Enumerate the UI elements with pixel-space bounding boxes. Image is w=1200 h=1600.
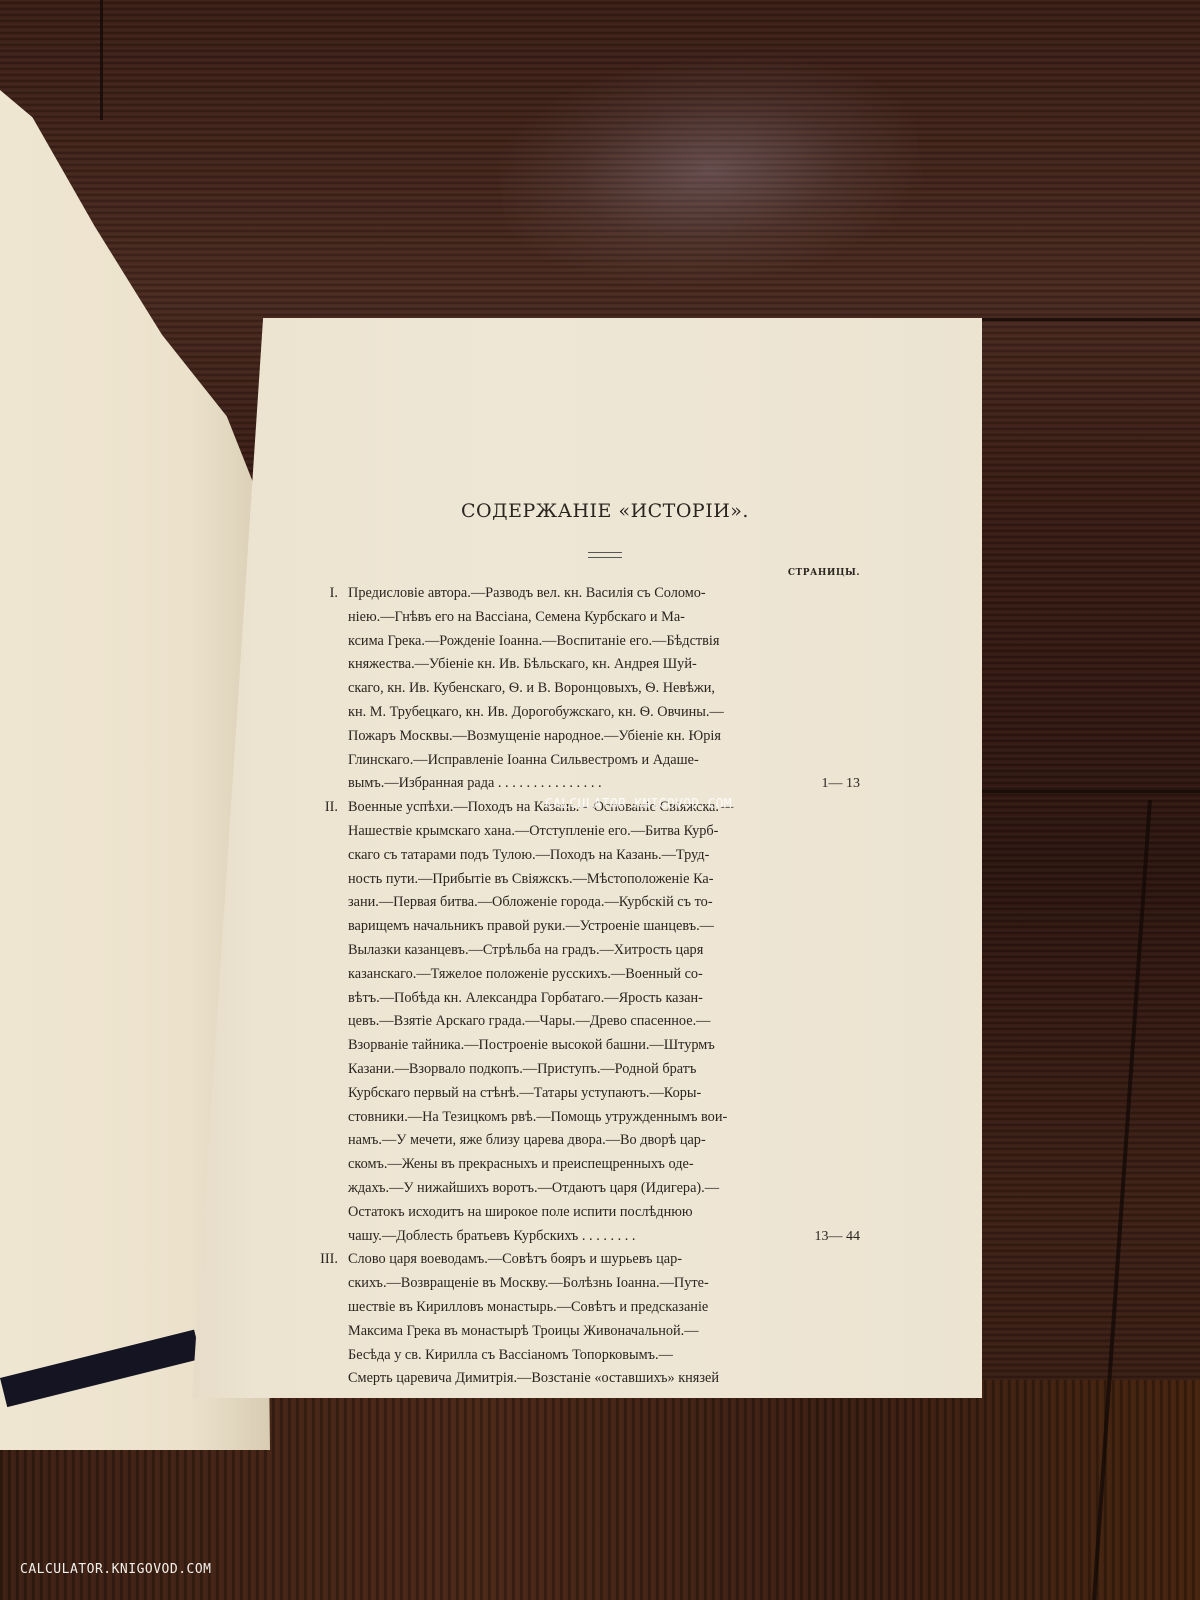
entry-line: цевъ.—Взятіе Арскаго града.—Чары.—Древо … [348,1010,778,1034]
entry-line: Глинскаго.—Исправленіе Іоанна Сильвестро… [348,749,778,773]
entry-line: ждахъ.—У нижайшихъ воротъ.—Отдаютъ царя … [348,1177,778,1201]
entry-line: Пожаръ Москвы.—Возмущеніе народное.—Убіе… [348,725,778,749]
entry-line: казанскаго.—Тяжелое положеніе русскихъ.—… [348,963,778,987]
entry-line: скаго, кн. Ив. Кубенскаго, Ѳ. и В. Ворон… [348,677,778,701]
toc-entry-3: III. Слово царя воеводамъ.—Совѣтъ бояръ … [340,1248,850,1391]
entry-line: вѣтъ.—Побѣда кн. Александра Горбатаго.—Я… [348,987,778,1011]
page-title: СОДЕРЖАНІЕ «ИСТОРІИ». [360,500,850,522]
entry-page-range: 1— 13 [822,772,861,796]
toc-entry-1: I. Предисловіе автора.—Разводъ вел. кн. … [340,582,850,796]
entry-line: Взорваніе тайника.—Построеніе высокой ба… [348,1034,778,1058]
entry-line: Вылазки казанцевъ.—Стрѣльба на градъ.—Хи… [348,939,778,963]
entry-line: скомъ.—Жены въ прекрасныхъ и преиспещрен… [348,1153,778,1177]
entry-line: скихъ.—Возвращеніе въ Москву.—Болѣзнь Іо… [348,1272,778,1296]
pages-column-header: СТРАНИЦЫ. [340,568,860,578]
light-glare [490,39,931,302]
watermark-overlay: CALCULATOR.KNIGOVOD.COM [545,797,732,812]
title-double-rule [588,552,622,558]
entry-page-range: 13— 44 [815,1225,861,1249]
entry-line: кн. М. Трубецкаго, кн. Ив. Дорогобужскаг… [348,701,778,725]
entry-line: ность пути.—Прибытіе въ Свіяжскъ.—Мѣстоп… [348,868,778,892]
entry-line: чашу.—Доблесть братьевъ Курбскихъ . . . … [348,1225,778,1249]
entry-line: Слово царя воеводамъ.—Совѣтъ бояръ и шур… [348,1248,778,1272]
toc-entry-2: II. Военные успѣхи.—Походъ на Казань.—Ос… [340,796,850,1248]
entry-number: II. [314,796,338,820]
entry-line: вымъ.—Избранная рада . . . . . . . . . .… [348,772,778,796]
entry-line: Курбскаго первый на стѣнѣ.—Татары уступа… [348,1082,778,1106]
entry-line: Максима Грека въ монастырѣ Троицы Живона… [348,1320,778,1344]
entry-number: III. [314,1248,338,1272]
entry-line: зани.—Первая битва.—Обложеніе города.—Ку… [348,891,778,915]
entry-line: Нашествіе крымскаго хана.—Отступленіе ег… [348,820,778,844]
entry-line: стовники.—На Тезицкомъ рвѣ.—Помощь утруж… [348,1106,778,1130]
entry-line: варищемъ начальникъ правой руки.—Устроен… [348,915,778,939]
watermark-corner: CALCULATOR.KNIGOVOD.COM [20,1562,212,1577]
entry-line: шествіе въ Кирилловъ монастырь.—Совѣтъ и… [348,1296,778,1320]
entry-line: Казани.—Взорвало подкопъ.—Приступъ.—Родн… [348,1058,778,1082]
entry-line: Смерть царевича Димитрія.—Возстаніе «ост… [348,1367,778,1391]
entry-line: Остатокъ исходитъ на широкое поле испити… [348,1201,778,1225]
entry-line: Бесѣда у св. Кирилла съ Вассіаномъ Топор… [348,1344,778,1368]
entry-number: I. [314,582,338,606]
entry-line: скаго съ татарами подъ Тулою.—Походъ на … [348,844,778,868]
entry-line: ніею.—Гнѣвъ его на Вассіана, Семена Курб… [348,606,778,630]
toc-entries: I. Предисловіе автора.—Разводъ вел. кн. … [340,582,850,1391]
entry-line: ксима Грека.—Рожденіе Іоанна.—Воспитаніе… [348,630,778,654]
table-of-contents: СОДЕРЖАНІЕ «ИСТОРІИ». СТРАНИЦЫ. I. Преди… [340,500,850,1391]
entry-line: намъ.—У мечети, яже близу царева двора.—… [348,1129,778,1153]
plank-seam [960,790,1200,793]
plank-seam [100,0,103,120]
entry-line: княжества.—Убіеніе кн. Ив. Бѣльскаго, кн… [348,653,778,677]
entry-line: Предисловіе автора.—Разводъ вел. кн. Вас… [348,582,778,606]
